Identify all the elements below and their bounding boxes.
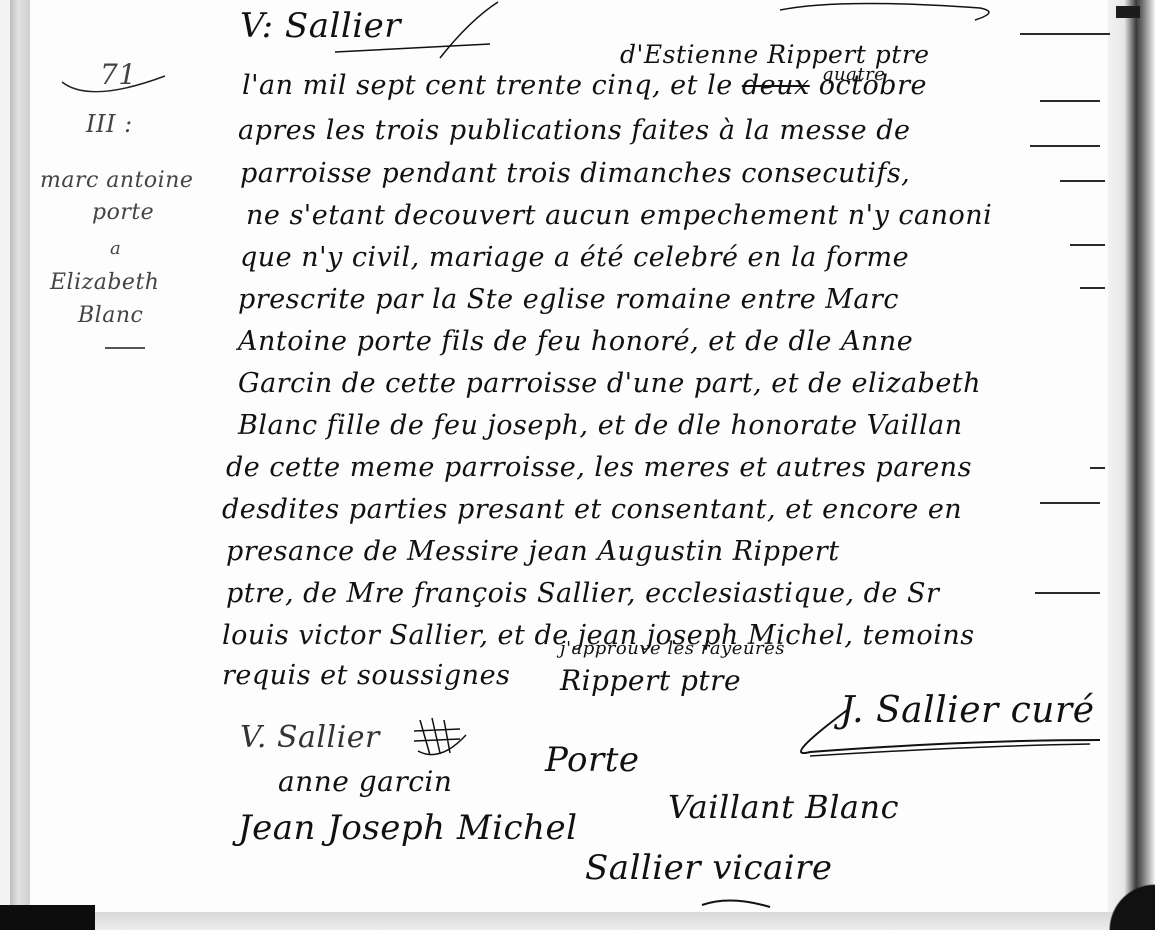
signature-paraph <box>410 715 470 760</box>
approval-note: j'approuve les rayeures <box>560 638 785 659</box>
ruled-line <box>1080 287 1105 289</box>
body-line-9: Blanc fille de feu joseph, et de dle hon… <box>238 410 963 441</box>
page-edge-right <box>1108 0 1155 930</box>
register-page: V: Sallier d'Estienne Rippert ptre 71 II… <box>0 0 1155 930</box>
body-line-13: ptre, de Mre françois Sallier, ecclesias… <box>226 578 939 609</box>
margin-groom-first: marc antoine <box>40 168 193 193</box>
page-edge-bottom <box>0 912 1155 930</box>
page-edge-left <box>0 0 10 930</box>
scan-shadow-corner <box>1105 875 1155 930</box>
ruled-line <box>1090 467 1105 469</box>
ruled-line <box>1030 145 1100 147</box>
ruled-line <box>1020 33 1110 35</box>
margin-mark: III : <box>86 110 133 138</box>
binding-tab <box>1116 6 1140 18</box>
body-line-2: apres les trois publications faites à la… <box>238 115 910 146</box>
margin-conjunction: a <box>110 238 121 259</box>
body-line-7: Antoine porte fils de feu honoré, et de … <box>238 326 913 357</box>
margin-bride-first: Elizabeth <box>50 270 159 295</box>
body-line-4: ne s'etant decouvert aucun empechement n… <box>246 200 992 231</box>
binding-left <box>10 0 30 910</box>
signature-v-sallier: V. Sallier <box>240 720 380 755</box>
struck-word: deux <box>742 70 810 101</box>
body-line-10: de cette meme parroisse, les meres et au… <box>226 452 972 483</box>
signature-sallier-flourish <box>770 700 1110 760</box>
body-line-3: parroisse pendant trois dimanches consec… <box>240 158 910 189</box>
body-line-8: Garcin de cette parroisse d'une part, et… <box>238 368 981 399</box>
scan-shadow <box>0 905 95 930</box>
ruled-line <box>1060 180 1105 182</box>
top-signature-flourish <box>330 0 500 60</box>
margin-bride-last: Blanc <box>78 303 143 328</box>
margin-divider <box>105 347 145 349</box>
body-line-12: presance de Messire jean Augustin Ripper… <box>226 536 840 567</box>
body-line-6: prescrite par la Ste eglise romaine entr… <box>238 284 899 315</box>
ruled-line <box>1040 100 1100 102</box>
entry-number-underline <box>60 70 170 105</box>
ruled-line <box>1040 502 1100 504</box>
ruled-line <box>1035 592 1100 594</box>
insertion-quatre: quatre <box>822 64 885 85</box>
body-line-5: que n'y civil, mariage a été celebré en … <box>240 242 909 273</box>
signature-jean-joseph-michel: Jean Joseph Michel <box>238 808 578 848</box>
ruled-line <box>1070 244 1105 246</box>
signature-porte: Porte <box>545 740 640 780</box>
signature-vicaire-flourish <box>700 895 780 915</box>
signature-sallier-vicaire: Sallier vicaire <box>585 848 833 888</box>
header-flourish <box>780 0 1010 30</box>
signature-rippert: Rippert ptre <box>560 664 741 697</box>
signature-anne-garcin: anne garcin <box>278 765 452 798</box>
margin-groom-last: porte <box>92 200 154 225</box>
body-line-15: requis et soussignes <box>222 660 510 691</box>
signature-vaillant-blanc: Vaillant Blanc <box>668 788 899 826</box>
body-line-11: desdites parties presant et consentant, … <box>222 494 962 525</box>
